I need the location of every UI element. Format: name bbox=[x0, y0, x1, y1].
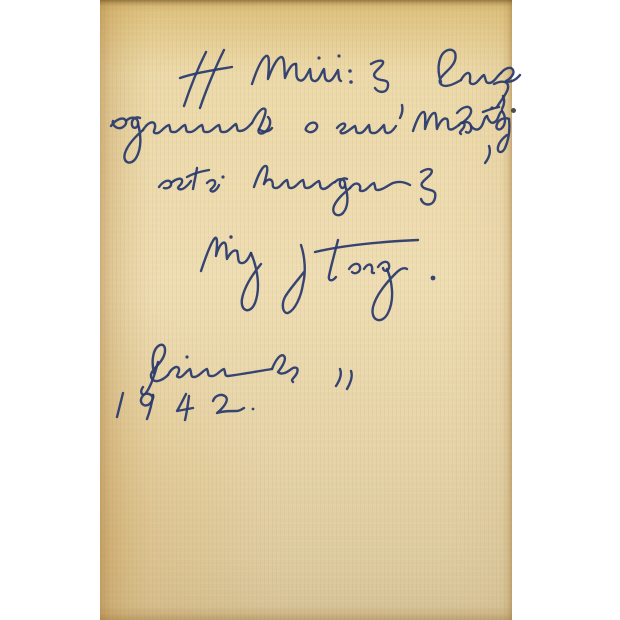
ink-stroke bbox=[296, 64, 341, 81]
ink-stroke bbox=[329, 240, 338, 280]
photo-frame: A Murici: de Lemos, agradecendo o seu “M… bbox=[0, 0, 620, 620]
handwriting-line-3 bbox=[159, 166, 435, 215]
handwriting-place bbox=[141, 345, 351, 395]
ink-stroke bbox=[185, 396, 189, 420]
ink-stroke bbox=[264, 180, 335, 189]
handwriting-signature bbox=[201, 235, 435, 320]
ink-stroke bbox=[337, 124, 396, 134]
ink-stroke bbox=[159, 181, 171, 189]
ink-stroke bbox=[111, 119, 126, 129]
ink-stroke bbox=[143, 122, 252, 133]
ink-stroke bbox=[373, 268, 407, 320]
ink-stroke bbox=[413, 112, 459, 131]
ink-stroke bbox=[485, 146, 490, 163]
ink-stroke bbox=[193, 168, 197, 189]
ink-stroke bbox=[252, 408, 255, 411]
ink-stroke bbox=[349, 264, 360, 273]
ink-stroke bbox=[457, 107, 471, 123]
ink-stroke bbox=[431, 276, 436, 281]
ink-stroke bbox=[147, 395, 153, 419]
handwriting-year bbox=[117, 393, 254, 420]
ink-stroke bbox=[421, 169, 435, 204]
ink-stroke bbox=[337, 54, 340, 57]
ink-stroke bbox=[336, 369, 341, 386]
ink-stroke bbox=[350, 182, 410, 191]
ink-stroke bbox=[315, 240, 418, 252]
handwriting-ink bbox=[0, 0, 620, 620]
ink-stroke bbox=[400, 105, 402, 118]
ink-stroke bbox=[141, 362, 158, 395]
ink-stroke bbox=[439, 50, 461, 86]
ink-stroke bbox=[306, 123, 318, 133]
ink-stroke bbox=[364, 265, 374, 273]
ink-stroke bbox=[283, 245, 305, 313]
ink-stroke bbox=[213, 395, 244, 413]
ink-stroke bbox=[347, 371, 352, 389]
ink-stroke bbox=[259, 128, 272, 132]
ink-stroke bbox=[187, 170, 209, 177]
ink-stroke bbox=[124, 124, 143, 163]
ink-stroke bbox=[237, 251, 251, 263]
ink-stroke bbox=[490, 106, 493, 109]
ink-stroke bbox=[501, 68, 520, 82]
ink-stroke bbox=[168, 367, 272, 377]
ink-stroke bbox=[221, 175, 224, 178]
ink-stroke bbox=[348, 69, 352, 73]
ink-stroke bbox=[201, 238, 237, 271]
ink-stroke bbox=[272, 355, 298, 382]
handwriting-line-1 bbox=[180, 50, 520, 108]
handwriting-line-2 bbox=[111, 96, 509, 163]
ink-stroke bbox=[371, 61, 388, 92]
ink-stroke bbox=[180, 67, 232, 78]
ink-stroke bbox=[185, 355, 188, 358]
ink-stroke bbox=[317, 56, 320, 59]
ink-stroke bbox=[177, 394, 193, 411]
ink-stroke bbox=[471, 116, 487, 130]
ink-stroke bbox=[494, 82, 508, 107]
ink-stroke bbox=[229, 235, 232, 238]
ink-stroke bbox=[333, 185, 350, 215]
ink-stroke bbox=[252, 56, 296, 84]
ink-stroke bbox=[207, 180, 219, 191]
ink-stroke bbox=[117, 393, 123, 417]
ink-stroke bbox=[349, 80, 353, 84]
ink-stroke bbox=[459, 123, 465, 134]
ink-stroke bbox=[171, 179, 191, 190]
